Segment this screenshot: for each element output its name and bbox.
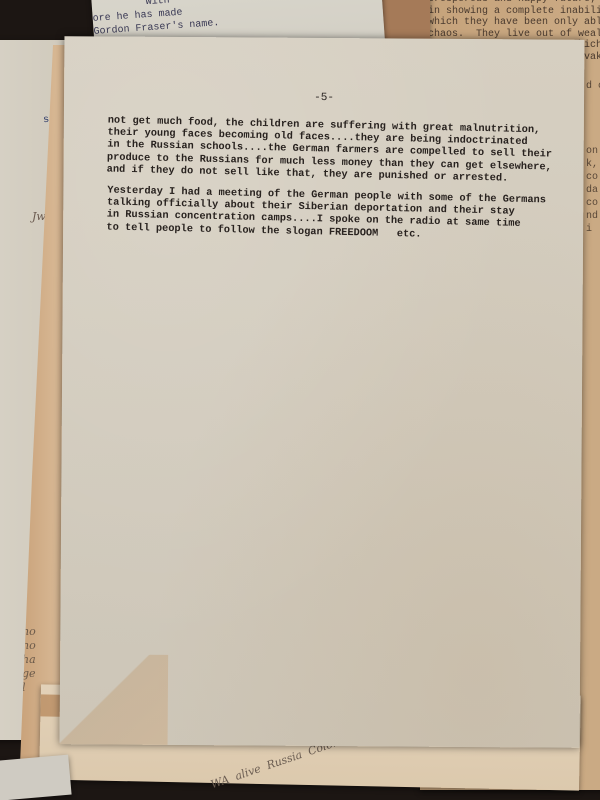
document-photo: prosperous and happy future; c in showin… [0, 0, 600, 800]
paragraph-1: not get much food, the children are suff… [107, 114, 578, 186]
typed-page: -5- not get much food, the children are … [60, 36, 585, 748]
background-letter-right-edge-text: d o on k, co da co nd i [586, 80, 600, 236]
background-note-bottom-left [0, 755, 72, 800]
background-letter-left-handwriting: Jw [32, 210, 46, 223]
paragraph-2: Yesterday I had a meeting of the German … [106, 184, 577, 243]
page-corner-stain [58, 654, 169, 745]
page-number: -5- [64, 90, 584, 106]
